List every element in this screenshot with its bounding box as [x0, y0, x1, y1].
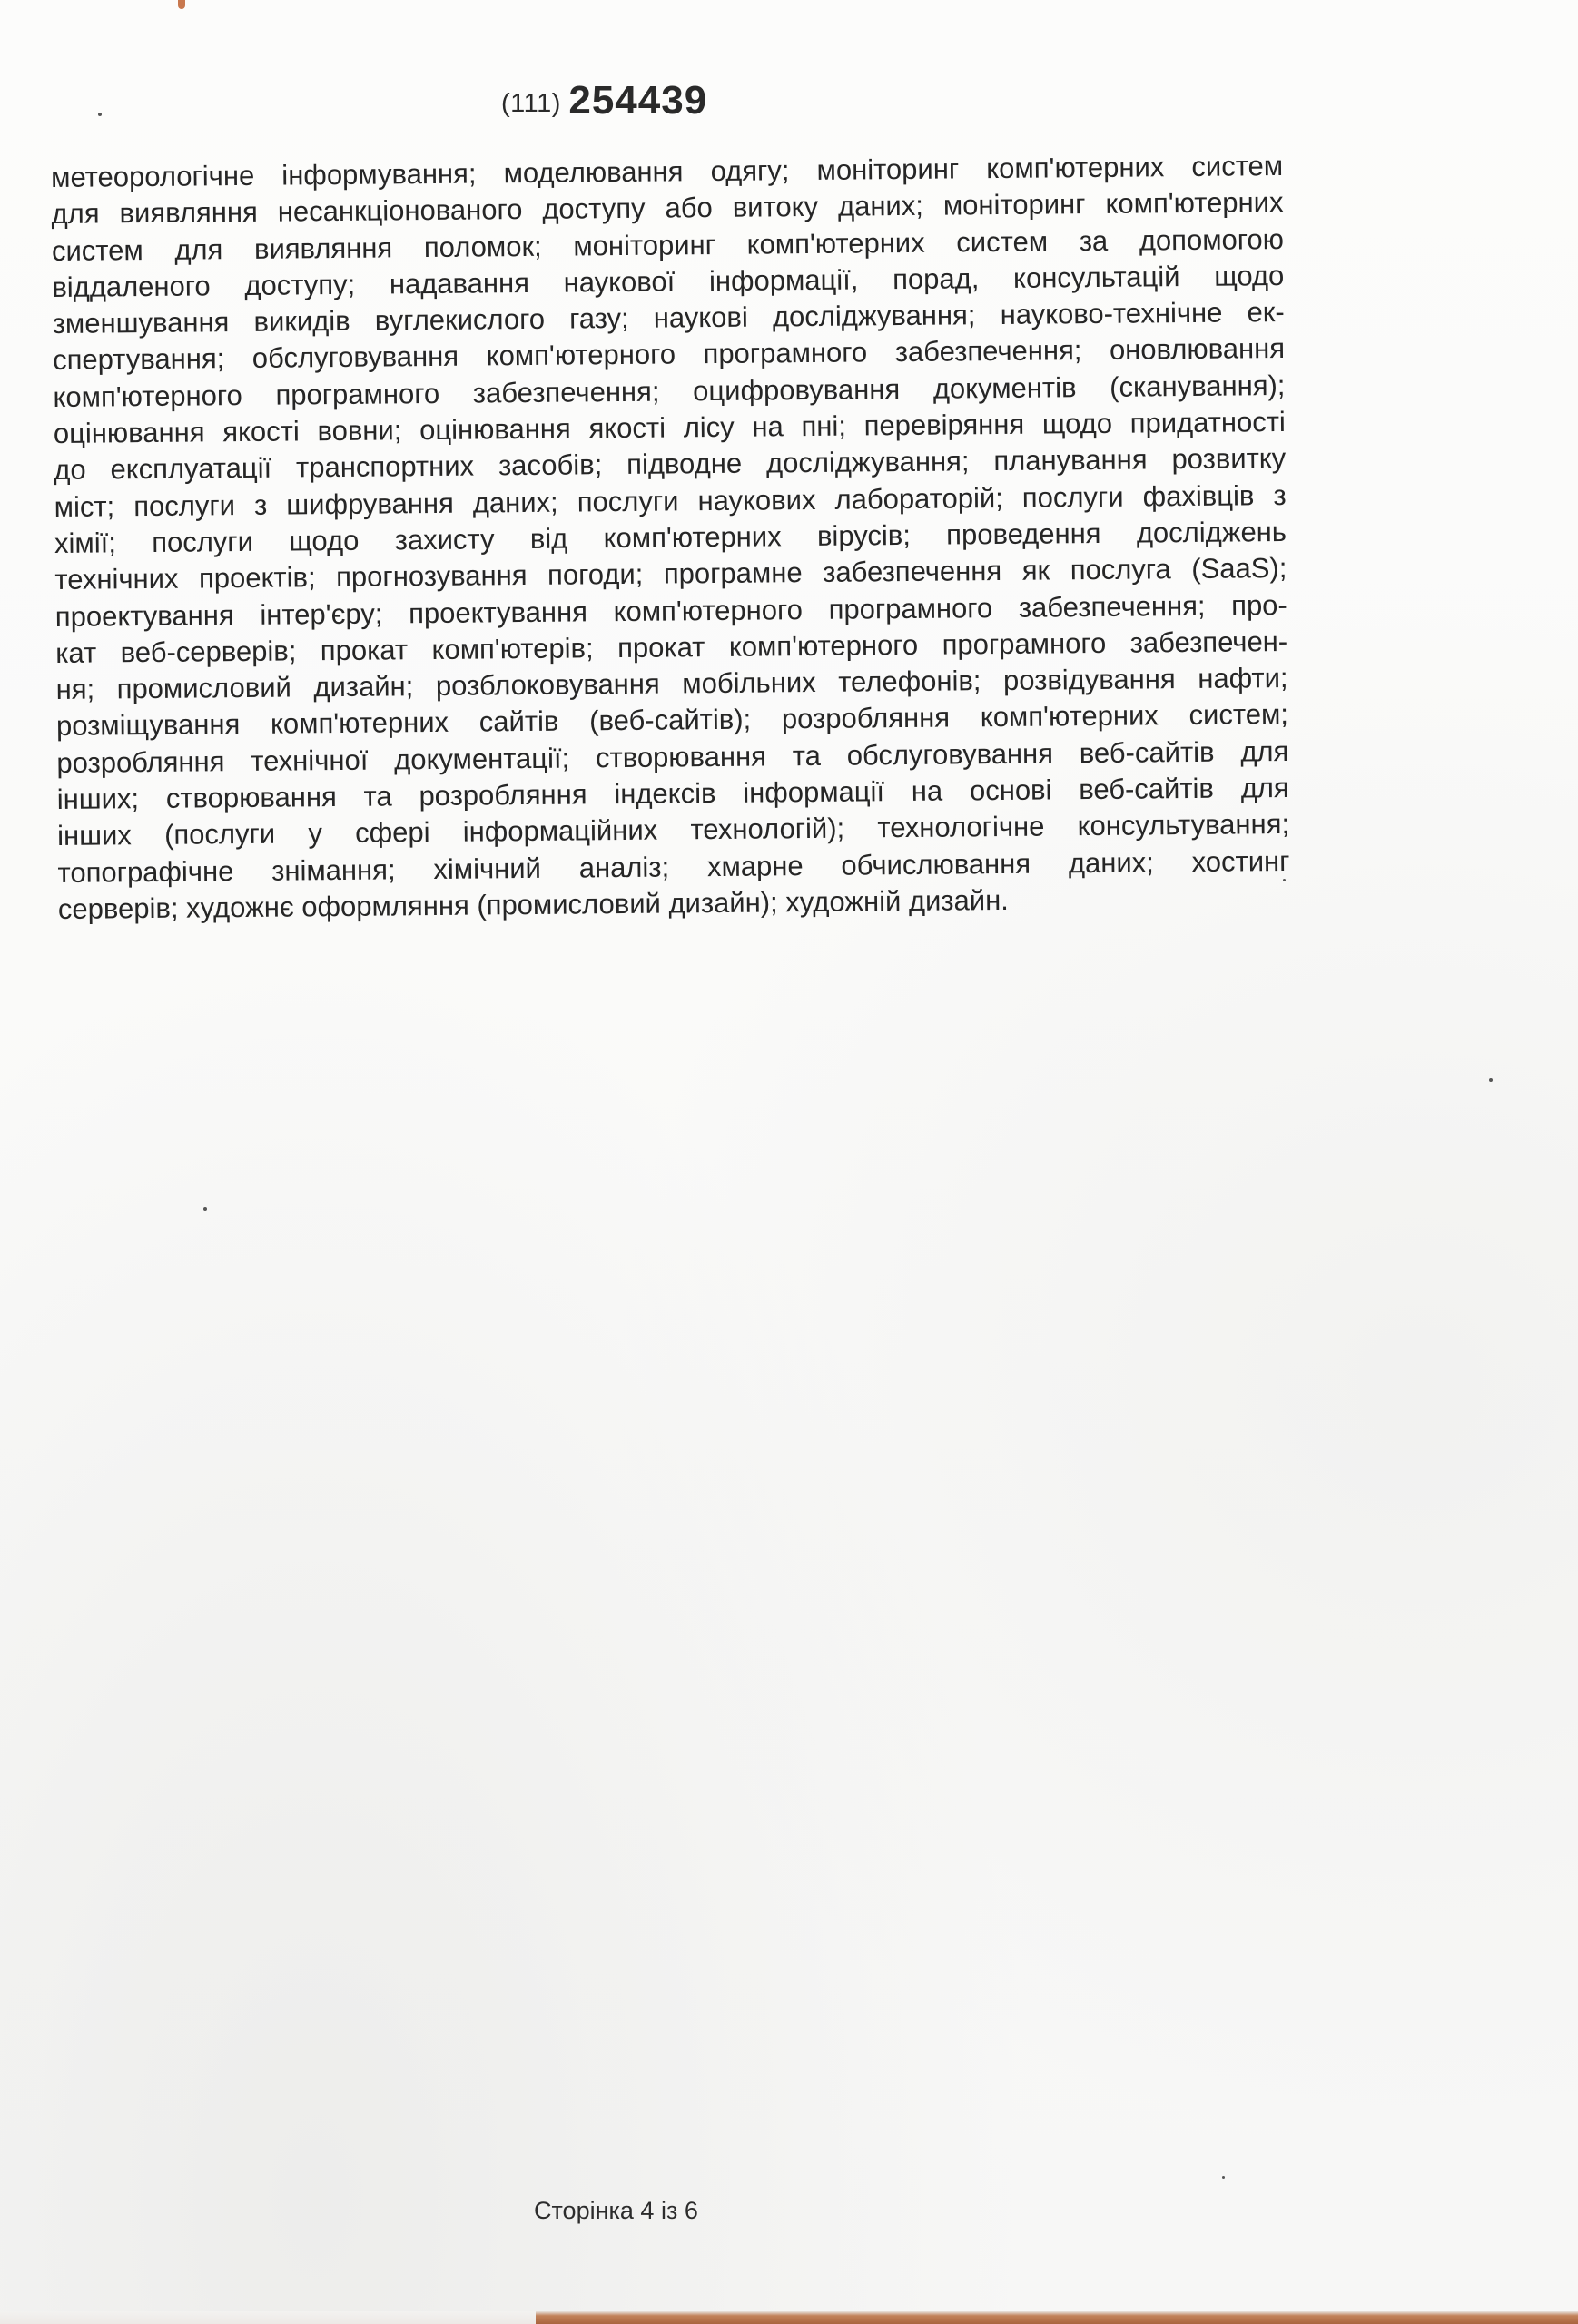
services-list-text: метеорологічне інформування; моделювання… — [51, 148, 1290, 928]
paper-speck — [203, 1207, 207, 1211]
paper-speck — [1489, 1078, 1493, 1082]
registration-number-header: (111) 254439 — [501, 78, 707, 123]
registration-number: 254439 — [568, 78, 707, 123]
table-surface-edge-light — [0, 2311, 536, 2324]
registration-code: (111) — [501, 89, 561, 118]
paper-speck — [98, 113, 102, 116]
page-number-footer: Сторінка 4 із 6 — [534, 2197, 698, 2225]
corner-mark — [178, 0, 185, 9]
document-page: (111) 254439 метеорологічне інформування… — [0, 0, 1578, 2313]
paper-speck — [1222, 2176, 1225, 2179]
